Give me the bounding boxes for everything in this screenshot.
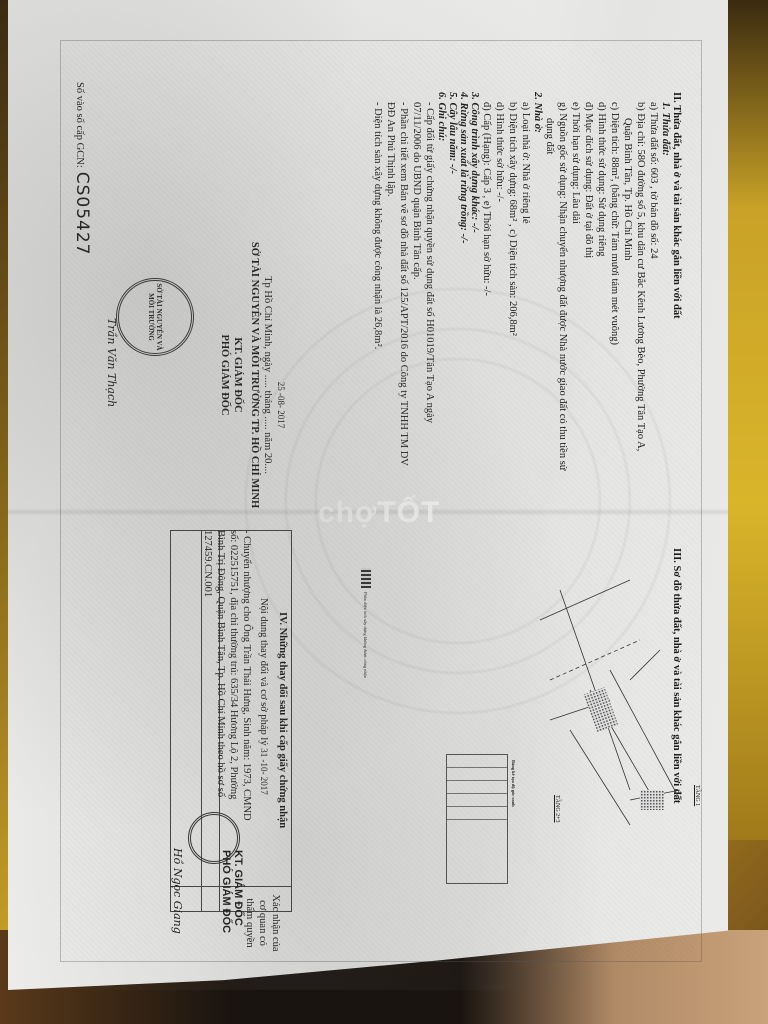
entry-line-3: Bình Trị Đông, Quận Bình Tân, Tp. Hồ Chí… [214,530,227,821]
agency-name: SỞ TÀI NGUYÊN VÀ MÔI TRƯỜNG TP. HỒ CHÍ M… [248,235,261,515]
note-line-2: 07/11/2006 do UBND quận Bình Tân cấp. [410,92,423,471]
entry-line-2: số: 022515751, địa chỉ thường trú: 635/3… [227,530,240,821]
parcel-address-cont: Quận Bình Tân, Tp. Hồ Chí Minh [621,92,634,471]
col-content-header: Nội dung thay đổi và cơ sở pháp lý 31 -1… [257,598,270,795]
chotot-watermark: chợTỐT [318,496,440,530]
perennial-trees: 5. Cây lâu năm: -/- [447,92,458,471]
house-heading: 2. Nhà ở: [532,92,543,471]
coord-table-title: Bảng kê tọa độ góc ranh [511,760,516,807]
usage-purpose: đ) Mục đích sử dụng: Đất ở tại đô thị [582,92,595,471]
signature-block: 25 -08- 2017 Tp Hồ Chí Minh, ngày ..... … [218,235,287,515]
date-stamp: 25 -08- 2017 [274,235,287,515]
usage-origin: g) Nguồn gốc sử dụng: Nhận chuyển nhượng… [556,92,569,471]
on-behalf: KT. GIÁM ĐỐC [231,235,244,515]
col-content-label: Nội dung thay đổi và cơ sở pháp lý [258,598,269,746]
entry-line-1: - Chuyển nhượng cho Ông Trần Thái Hưng, … [240,530,253,821]
section-4-title: IV. Những thay đổi sau khi cấp giấy chứn… [277,612,288,828]
confirm-onbehalf: KT. GIÁM ĐỐC [232,850,244,933]
parcel-heading: 1. Thửa đất: [660,92,671,471]
confirm-signer: Hồ Ngọc Giang [171,848,184,934]
parcel-area: c) Diện tích: 88m², (bằng chữ: Tám mươi … [608,92,621,471]
col-content-date: 31 -10- 2017 [259,748,269,795]
confirm-title: PHÓ GIÁM ĐỐC [220,850,232,933]
entry-line-4: 127459.CN.001 [201,530,214,821]
signer-name: Trần Văn Thạch [105,318,118,407]
coordinate-table [446,754,508,884]
parcel-address: b) Địa chỉ: 58O đường số 5, khu dân cư B… [634,92,647,471]
floor-label-1: TẦNG 1 [694,785,700,806]
confirm-block: KT. GIÁM ĐỐC PHÓ GIÁM ĐỐC [220,850,244,933]
floor-label-2: TẦNG 2+3 [554,795,560,823]
house-grade: đ) Cấp (Hạng): Cấp 3 , e) Thời hạn sở hữ… [480,92,493,471]
section-2-block: II. Thửa đất, nhà ở và tài sản khác gắn … [371,92,682,471]
notes-heading: 6. Ghi chú: [436,92,447,471]
usage-term: e) Thời hạn sử dụng: Lâu dài [569,92,582,471]
other-construction: 3. Công trình xây dựng khác: -/- [469,92,480,471]
col-confirm-header: Xác nhận của cơ quan có thẩm quyền [243,893,282,953]
usage-form: d) Hình thức sử dụng: Sử dụng riêng [595,92,608,471]
registry-number: Số vào sổ cấp GCN: CS05427 [72,82,92,256]
note-line-3: - Phần chi tiết xem Bản vẽ sơ đồ nhà đất… [397,92,410,471]
forest: 4. Rừng sản xuất là rừng trồng: -/- [458,92,469,471]
note-line-1: - Cấp đổi từ giấy chứng nhận quyền sử dụ… [423,92,436,471]
seal-text: SỞ TÀI NGUYÊN VÀ MÔI TRƯỜNG [147,281,163,353]
note-line-5: - Diện tích sàn xây dựng không được công… [371,92,384,471]
legend-hatch-swatch [361,568,371,588]
house-type: a) Loại nhà ở: Nhà ở riêng lẻ [519,92,532,471]
watermark-left: chợ [318,496,377,529]
official-seal: SỞ TÀI NGUYÊN VÀ MÔI TRƯỜNG [116,278,194,356]
registry-value: CS05427 [72,172,92,256]
official-title: PHÓ GIÁM ĐỐC [218,235,231,515]
watermark-right: TỐT [377,496,440,529]
legend-note: Phần diện tích xây dựng không được công … [363,592,368,678]
table-column-divider [201,886,291,887]
change-entry: - Chuyển nhượng cho Ông Trần Thái Hưng, … [201,530,253,821]
parcel-number: a) Thửa đất số: 603 , tờ bản đồ số: 24 [647,92,660,471]
house-ownership: d) Hình thức sở hữu: -/- [493,92,506,471]
parcel-sketch-map [530,560,710,830]
house-build-area: b) Diện tích xây dựng: 68m² , c) Diện tí… [506,92,519,471]
registry-label: Số vào sổ cấp GCN: [74,82,85,168]
note-line-4: ĐĐ An Phú Thịnh lập. [384,92,397,471]
usage-origin-cont: dụng đất [543,92,556,471]
section-2-title: II. Thửa đất, nhà ở và tài sản khác gắn … [671,92,682,471]
date-line: Tp Hồ Chí Minh, ngày ..... tháng ..... n… [261,235,274,515]
